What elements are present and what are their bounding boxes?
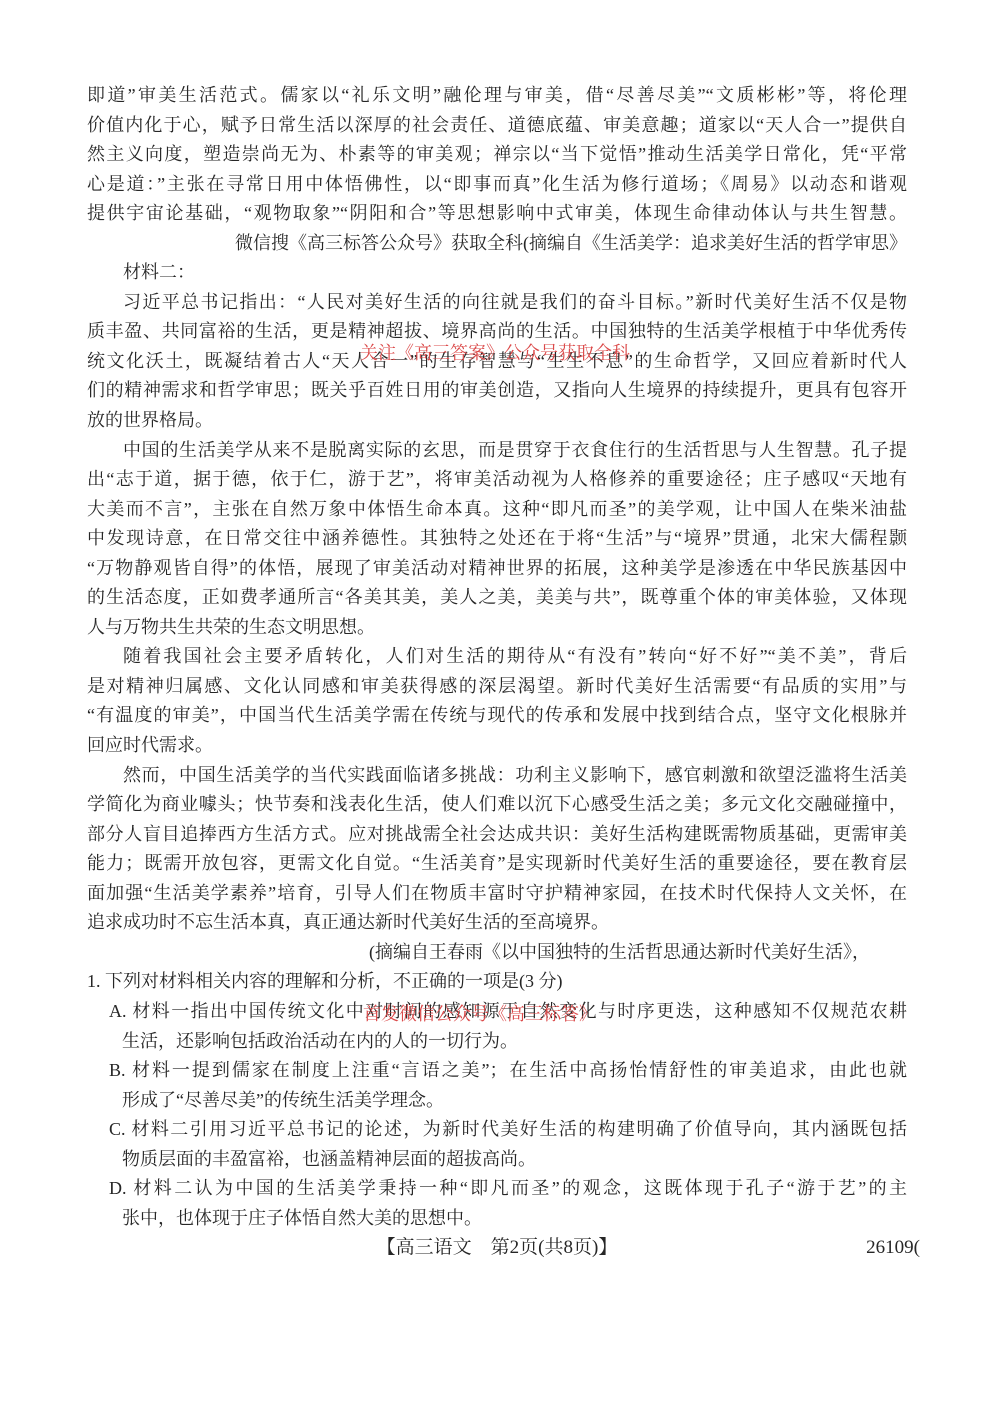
text-line: 放的世界格局。 — [87, 406, 907, 436]
footer-code: 26109( — [866, 1233, 920, 1263]
text-line: 然主义向度，塑造崇尚无为、朴素等的审美观；禅宗以“当下觉悟”推动生活美学日常化，… — [87, 140, 907, 170]
text-line: (摘编自王春雨《以中国独特的生活哲思通达新时代美好生活》， — [87, 938, 907, 968]
text-line: D. 材料二认为中国的生活美学秉持一种“即凡而圣”的观念，这既体现于孔子“游于艺… — [87, 1174, 907, 1204]
text-line: 价值内化于心，赋予日常生活以深厚的社会责任、道德底蕴、审美意趣；道家以“天人合一… — [87, 111, 907, 141]
text-line: 材料二： — [87, 258, 907, 288]
text-line: 们的精神需求和哲学审思；既关乎百姓日用的审美创造，又指向人生境界的持续提升，更具… — [87, 376, 907, 406]
text-line: 学简化为商业噱头；快节奏和浅表化生活，使人们难以沉下心感受生活之美；多元文化交融… — [87, 790, 907, 820]
text-line: 大美而不言”，主张在自然万象中体悟生命本真。这种“即凡而圣”的美学观，让中国人在… — [87, 495, 907, 525]
text-line: 部分人盲目追捧西方生活方式。应对挑战需全社会达成共识：美好生活构建既需物质基础，… — [87, 820, 907, 850]
text-line: 中国的生活美学从来不是脱离实际的玄思，而是贯穿于衣食住行的生活哲思与人生智慧。孔… — [87, 436, 907, 466]
text-line: 张中，也体现于庄子体悟自然大美的思想中。 — [87, 1204, 907, 1234]
text-line: 生活，还影响包括政治活动在内的人的一切行为。 — [87, 1027, 907, 1057]
text-line: 是对精神归属感、文化认同感和审美获得感的深层渴望。新时代美好生活需要“有品质的实… — [87, 672, 907, 702]
text-line: 中发现诗意，在日常交往中涵养德性。其独特之处还在于将“生活”与“境界”贯通，北宋… — [87, 524, 907, 554]
text-line: 提供宇宙论基础，“观物取象”“阴阳和合”等思想影响中式审美，体现生命律动体认与共… — [87, 199, 907, 229]
text-line: 随着我国社会主要矛盾转化，人们对生活的期待从“有没有”转向“好不好”“美不美”，… — [87, 642, 907, 672]
watermark-answers-promo-2: 首发微信公众号《高三标答》 — [363, 1004, 597, 1024]
text-line: “有温度的审美”，中国当代生活美学需在传统与现代的传承和发展中找到结合点，坚守文… — [87, 701, 907, 731]
text-line: 1. 下列对材料相关内容的理解和分析，不正确的一项是(3 分) — [87, 967, 907, 997]
page-footer: 【高三语文 第2页(共8页)】 26109( — [87, 1233, 907, 1263]
text-line: 面加强“生活美学素养”培育，引导人们在物质丰富时守护精神家园，在技术时代保持人文… — [87, 879, 907, 909]
text-line: 回应时代需求。 — [87, 731, 907, 761]
exam-paper-page: 即道”审美生活范式。儒家以“礼乐文明”融伦理与审美，借“尽善尽美”“文质彬彬”等… — [0, 0, 992, 1403]
text-line: B. 材料一提到儒家在制度上注重“言语之美”；在生活中高扬怡情舒性的审美追求，由… — [87, 1056, 907, 1086]
text-line: 出“志于道，据于德，依于仁，游于艺”，将审美活动视为人格修养的重要途径；庄子感叹… — [87, 465, 907, 495]
text-line: 微信搜《高三标答公众号》获取全科(摘编自《生活美学：追求美好生活的哲学审思》 — [87, 229, 907, 259]
text-line: 的生活态度，正如费孝通所言“各美其美，美人之美，美美与共”，既尊重个体的审美体验… — [87, 583, 907, 613]
text-line: 能力；既需开放包容，更需文化自觉。“生活美育”是实现新时代美好生活的重要途径，要… — [87, 849, 907, 879]
footer-page-label: 【高三语文 第2页(共8页)】 — [377, 1237, 618, 1258]
document-body: 即道”审美生活范式。儒家以“礼乐文明”融伦理与审美，借“尽善尽美”“文质彬彬”等… — [87, 81, 907, 1233]
text-line: “万物静观皆自得”的体悟，展现了审美活动对精神世界的拓展，这种美学是渗透在中华民… — [87, 554, 907, 584]
watermark-answers-promo-1: 关注《高三答案》公众号获取全科 — [360, 343, 630, 363]
text-line: 习近平总书记指出：“人民对美好生活的向往就是我们的奋斗目标。”新时代美好生活不仅… — [87, 288, 907, 318]
text-line: 人与万物共生共荣的生态文明思想。 — [87, 613, 907, 643]
text-line: 然而，中国生活美学的当代实践面临诸多挑战：功利主义影响下，感官刺激和欲望泛滥将生… — [87, 761, 907, 791]
text-line: 形成了“尽善尽美”的传统生活美学理念。 — [87, 1086, 907, 1116]
text-line: 心是道：”主张在寻常日用中体悟佛性，以“即事而真”化生活为修行道场；《周易》以动… — [87, 170, 907, 200]
text-line: 物质层面的丰盈富裕，也涵盖精神层面的超拔高尚。 — [87, 1145, 907, 1175]
text-line: C. 材料二引用习近平总书记的论述，为新时代美好生活的构建明确了价值导向，其内涵… — [87, 1115, 907, 1145]
text-line: 即道”审美生活范式。儒家以“礼乐文明”融伦理与审美，借“尽善尽美”“文质彬彬”等… — [87, 81, 907, 111]
text-line: 追求成功时不忘生活本真，真正通达新时代美好生活的至高境界。 — [87, 908, 907, 938]
